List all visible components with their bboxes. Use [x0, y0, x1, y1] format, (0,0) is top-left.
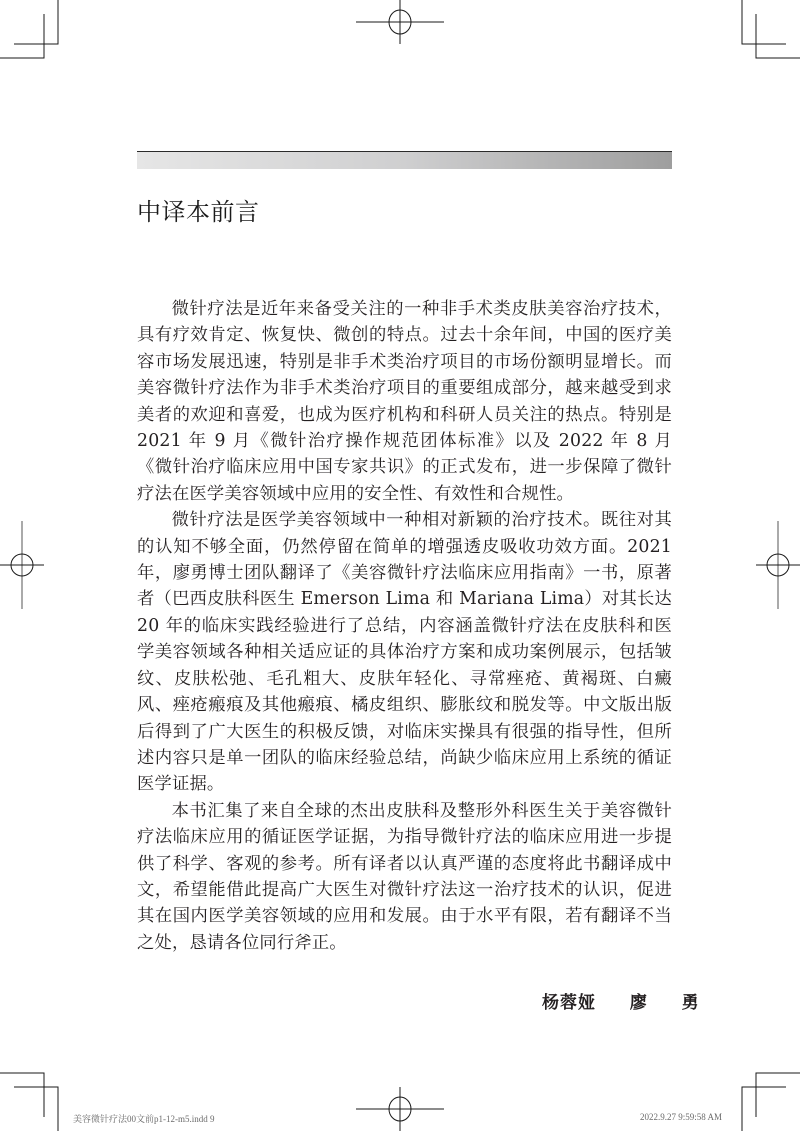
crop-mark-icon-top-left: [0, 0, 58, 58]
registration-target-icon-bottom: [356, 1087, 444, 1131]
chapter-header-bar: [137, 151, 672, 169]
paragraph-1: 微针疗法是近年来备受关注的一种非手术类皮肤美容治疗技术，具有疗效肯定、恢复快、微…: [137, 296, 672, 507]
translator-signature: 杨蓉娅 廖 勇: [542, 988, 700, 1013]
page-title: 中译本前言: [137, 192, 260, 227]
body-text: 微针疗法是近年来备受关注的一种非手术类皮肤美容治疗技术，具有疗效肯定、恢复快、微…: [137, 296, 672, 956]
crop-mark-icon-top-right: [742, 0, 800, 58]
registration-target-icon-left: [0, 521, 44, 609]
crop-mark-icon-bottom-left: [0, 1073, 58, 1131]
registration-target-icon-right: [756, 521, 800, 609]
crop-mark-icon-bottom-right: [742, 1073, 800, 1131]
slug-file-name: 美容微针疗法00文前p1-12-m5.indd 9: [73, 1112, 215, 1125]
paragraph-3: 本书汇集了来自全球的杰出皮肤科及整形外科医生关于美容微针疗法临床应用的循证医学证…: [137, 798, 672, 956]
registration-target-icon-top: [356, 0, 444, 44]
paragraph-2: 微针疗法是医学美容领域中一种相对新颖的治疗技术。既往对其的认知不够全面，仍然停留…: [137, 507, 672, 797]
slug-timestamp: 2022.9.27 9:59:58 AM: [640, 1112, 722, 1122]
